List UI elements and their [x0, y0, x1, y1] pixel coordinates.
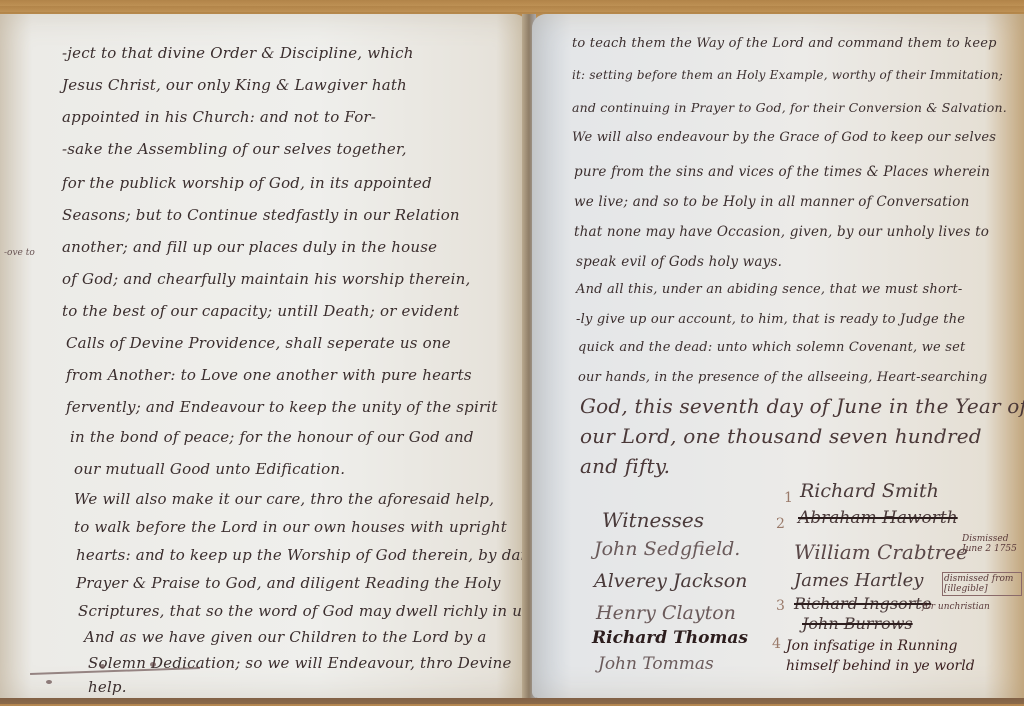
text-line: of God; and chearfully maintain his wors… [62, 270, 470, 288]
text-line: We will also make it our care, thro the … [74, 490, 494, 508]
text-line: that none may have Occasion, given, by o… [574, 224, 989, 240]
text-line: Prayer & Praise to God, and diligent Rea… [76, 574, 501, 592]
text-line: another; and fill up our places duly in … [62, 238, 437, 256]
text-line: -ject to that divine Order & Discipline,… [62, 44, 414, 62]
signatory-name: Richard Ingsorte [794, 594, 931, 613]
text-line: and fifty. [580, 454, 670, 478]
text-line: speak evil of Gods holy ways. [576, 254, 782, 270]
signatory-name: John Burrows [802, 614, 913, 633]
right-page: to teach them the Way of the Lord and co… [532, 14, 1024, 698]
text-line: fervently; and Endeavour to keep the uni… [66, 398, 498, 416]
signatory-annotation: Dismissed June 2 1755 [962, 534, 1022, 554]
signatory-name: William Crabtree [794, 540, 968, 564]
text-line: Jesus Christ, our only King & Lawgiver h… [62, 76, 407, 94]
ink-stain [100, 664, 105, 669]
text-line: help. [88, 678, 127, 696]
text-line: to walk before the Lord in our own house… [74, 518, 507, 536]
text-line: our mutuall Good unto Edification. [74, 460, 345, 478]
text-line: Scriptures, that so the word of God may … [78, 602, 535, 620]
bottom-note-line: himself behind in ye world [786, 658, 975, 674]
text-line: hearts: and to keep up the Worship of Go… [76, 546, 539, 564]
left-page: -ove to -ject to that divine Order & Dis… [0, 14, 528, 698]
text-line: -sake the Assembling of our selves toget… [62, 140, 407, 158]
text-line: Seasons; but to Continue stedfastly in o… [62, 206, 460, 224]
text-line: and continuing in Prayer to God, for the… [572, 100, 1007, 115]
text-line: to teach them the Way of the Lord and co… [572, 36, 997, 51]
signatory-number: 1 [784, 490, 793, 506]
text-line: we live; and so to be Holy in all manner… [574, 194, 969, 210]
witness-name: John Sedgfield. [594, 538, 740, 560]
signatory-number: 3 [776, 598, 785, 614]
text-line: And all this, under an abiding sence, th… [576, 282, 962, 297]
text-line: in the bond of peace; for the honour of … [70, 428, 474, 446]
text-line: our hands, in the presence of the allsee… [578, 370, 987, 385]
signatory-annotation: for unchristian [922, 602, 990, 612]
text-line: And as we have given our Children to the… [84, 628, 487, 646]
bottom-note-line: Jon infsatige in Running [786, 638, 958, 654]
text-line: to the best of our capacity; untill Deat… [62, 302, 459, 320]
ink-stain [150, 662, 156, 667]
text-line: from Another: to Love one another with p… [66, 366, 472, 384]
signatory-number: 2 [776, 516, 785, 532]
open-manuscript-book: -ove to -ject to that divine Order & Dis… [0, 14, 1024, 696]
witness-name: Henry Clayton [596, 602, 736, 624]
witnesses-heading: Witnesses [602, 508, 704, 532]
text-line: quick and the dead: unto which solemn Co… [578, 340, 965, 355]
text-line: God, this seventh day of June in the Yea… [580, 394, 1024, 418]
signatory-name: Richard Smith [800, 480, 939, 502]
ink-stain [46, 680, 52, 684]
witness-name: Richard Thomas [592, 628, 748, 648]
margin-note: -ove to [4, 248, 35, 258]
text-line: our Lord, one thousand seven hundred [580, 424, 982, 448]
text-line: appointed in his Church: and not to For- [62, 108, 376, 126]
witness-name: Alverey Jackson [594, 570, 747, 592]
text-line: Calls of Devine Providence, shall sepera… [66, 334, 451, 352]
witness-name: John Tommas [598, 654, 714, 674]
text-line: We will also endeavour by the Grace of G… [572, 130, 996, 145]
signatory-name: James Hartley [794, 570, 923, 591]
text-line: -ly give up our account, to him, that is… [576, 312, 965, 327]
signatory-name: Abraham Haworth [798, 508, 958, 528]
signatory-number: 4 [772, 636, 781, 652]
text-line: it: setting before them an Holy Example,… [572, 68, 1003, 82]
signatory-annotation: dismissed from [illegible] [942, 572, 1022, 596]
text-line: pure from the sins and vices of the time… [574, 164, 990, 180]
text-line: for the publick worship of God, in its a… [62, 174, 432, 192]
